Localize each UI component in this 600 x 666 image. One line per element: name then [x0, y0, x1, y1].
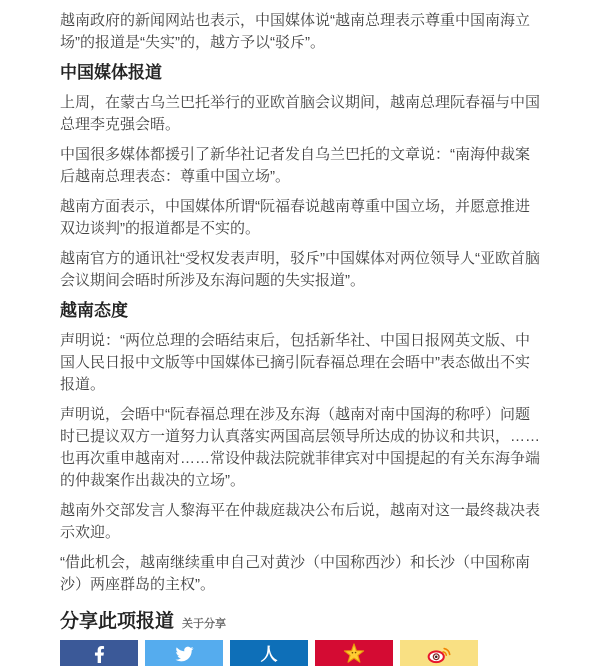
page: { "article": { "blocks": [ { "type": "p"…	[0, 0, 600, 666]
qzone-star-icon	[343, 643, 365, 665]
share-facebook-button[interactable]	[60, 640, 138, 666]
paragraph: 上周，在蒙古乌兰巴托举行的亚欧首脑会议期间，越南总理阮春福与中国总理李克强会晤。	[60, 92, 540, 136]
share-section: 分享此项报道 关于分享 人	[0, 610, 600, 666]
twitter-icon	[174, 645, 195, 663]
share-renren-button[interactable]: 人	[230, 640, 308, 666]
paragraph: 声明说：“两位总理的会晤结束后，包括新华社、中国日报网英文版、中国人民日报中文版…	[60, 330, 540, 396]
section-heading: 中国媒体报道	[60, 62, 540, 84]
facebook-icon	[94, 646, 105, 663]
share-weibo-button[interactable]	[400, 640, 478, 666]
paragraph: 越南政府的新闻网站也表示，中国媒体说“越南总理表示尊重中国南海立场”的报道是“失…	[60, 10, 540, 54]
about-sharing-link[interactable]: 关于分享	[182, 615, 226, 631]
paragraph: 越南外交部发言人黎海平在仲裁庭裁决公布后说，越南对这一最终裁决表示欢迎。	[60, 500, 540, 544]
article-body: 越南政府的新闻网站也表示，中国媒体说“越南总理表示尊重中国南海立场”的报道是“失…	[0, 0, 600, 596]
paragraph: 越南官方的通讯社“受权发表声明，驳斥”中国媒体对两位领导人“亚欧首脑会议期间会晤…	[60, 248, 540, 292]
paragraph: “借此机会，越南继续重申自己对黄沙（中国称西沙）和长沙（中国称南沙）两座群岛的主…	[60, 552, 540, 596]
share-title: 分享此项报道	[60, 610, 174, 634]
section-heading: 越南态度	[60, 300, 540, 322]
paragraph: 越南方面表示，中国媒体所谓“阮福春说越南尊重中国立场，并愿意推进双边谈判”的报道…	[60, 196, 540, 240]
renren-icon: 人	[261, 646, 278, 663]
share-twitter-button[interactable]	[145, 640, 223, 666]
paragraph: 声明说，会晤中“阮春福总理在涉及东海（越南对南中国海的称呼）问题时已提议双方一道…	[60, 404, 540, 492]
share-buttons-row: 人	[60, 640, 540, 666]
paragraph: 中国很多媒体都援引了新华社记者发自乌兰巴托的文章说：“南海仲裁案后越南总理表态：…	[60, 144, 540, 188]
share-header: 分享此项报道 关于分享	[60, 610, 540, 634]
weibo-icon	[427, 644, 451, 664]
share-qzone-button[interactable]	[315, 640, 393, 666]
